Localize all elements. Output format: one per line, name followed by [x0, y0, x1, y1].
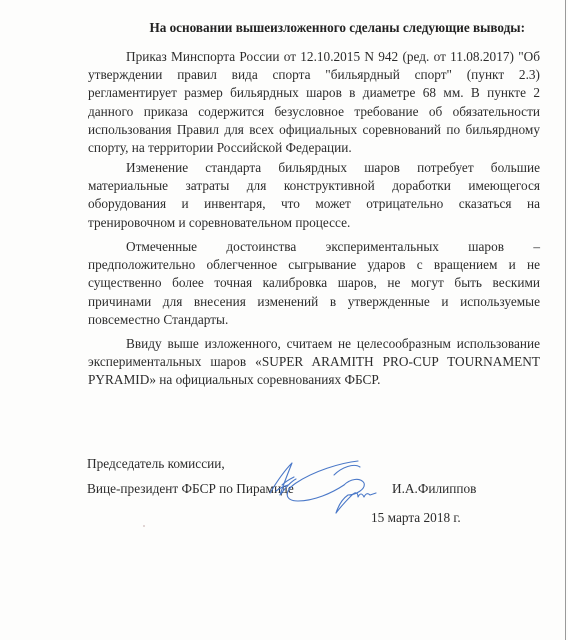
paragraph-ministry-order: Приказ Минспорта России от 12.10.2015 N …	[88, 48, 540, 157]
paragraph-standard-change: Изменение стандарта бильярдных шаров пот…	[88, 159, 540, 232]
paragraph-advantages: Отмеченные достоинства экспериментальных…	[88, 238, 540, 329]
paragraph-conclusion: Ввиду выше изложенного, считаем не целес…	[88, 335, 540, 390]
scan-speck	[143, 525, 145, 527]
document-page: На основании вышеизложенного сделаны сле…	[0, 0, 568, 640]
handwritten-signature-icon	[262, 455, 392, 523]
signatory-name: И.А.Филиппов	[392, 481, 476, 497]
paragraph-text: Изменение стандарта бильярдных шаров пот…	[88, 160, 540, 230]
conclusions-heading: На основании вышеизложенного сделаны сле…	[145, 20, 525, 36]
page-edge-line	[565, 0, 566, 640]
paragraph-text: Отмеченные достоинства экспериментальных…	[88, 239, 540, 327]
paragraph-text: Ввиду выше изложенного, считаем не целес…	[88, 336, 540, 387]
paragraph-text: Приказ Минспорта России от 12.10.2015 N …	[88, 49, 540, 155]
signatory-title-chairman: Председатель комиссии,	[87, 456, 225, 472]
